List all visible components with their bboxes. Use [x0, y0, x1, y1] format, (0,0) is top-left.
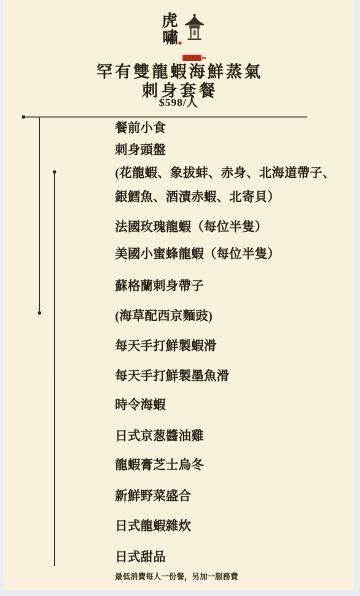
- menu-item: 龍蝦膏芝士烏冬: [115, 458, 204, 472]
- menu-item: 每天手打鮮製蝦滑: [115, 339, 217, 353]
- brand-name-vertical: 虎 嘯: [162, 13, 179, 48]
- menu-item: 美國小蜜蜂龍蝦（每位半隻）: [115, 247, 280, 261]
- menu-item: 日式京葱醬油雞: [115, 429, 204, 443]
- menu-item: (花龍蝦、象拔蚌、赤身、北海道帶子、: [115, 166, 335, 180]
- menu-item: 銀鱈魚、酒漬赤蝦、北寄貝）: [115, 190, 280, 204]
- menu-item: 每天手打鮮製墨魚滑: [115, 369, 229, 383]
- menu-item: 日式龍蝦雜炊: [115, 519, 191, 533]
- menu-item: 刺身頭盤: [115, 143, 166, 157]
- pavilion-icon: [183, 13, 206, 49]
- brand-char-bottom: 嘯: [162, 30, 179, 48]
- menu-item: 餐前小食: [115, 121, 166, 135]
- menu-item: (海草配西京麵豉): [115, 309, 213, 323]
- menu-item: 法國玫瑰龍蝦（每位半隻）: [115, 220, 267, 234]
- brand-char-top: 虎: [162, 13, 179, 31]
- brand-logo-art: [182, 13, 207, 67]
- menu-page: 虎 嘯: [0, 0, 360, 596]
- brand-logo: 虎 嘯: [3, 13, 354, 67]
- price-per-person: $598/人: [3, 97, 354, 109]
- brand-logo-inner: 虎 嘯: [162, 13, 206, 67]
- minimum-charge-note: 最低消費每人一份餐，另加一服務費: [115, 572, 238, 581]
- page-title-line1: 罕有雙龍蝦海鮮蒸氣: [3, 65, 354, 81]
- menu-item: 蘇格蘭刺身帶子: [115, 279, 204, 293]
- menu-item: 時令海蝦: [115, 398, 166, 412]
- menu-item: 新鮮野菜盛合: [115, 489, 191, 503]
- menu-item: 日式甜品: [115, 550, 166, 564]
